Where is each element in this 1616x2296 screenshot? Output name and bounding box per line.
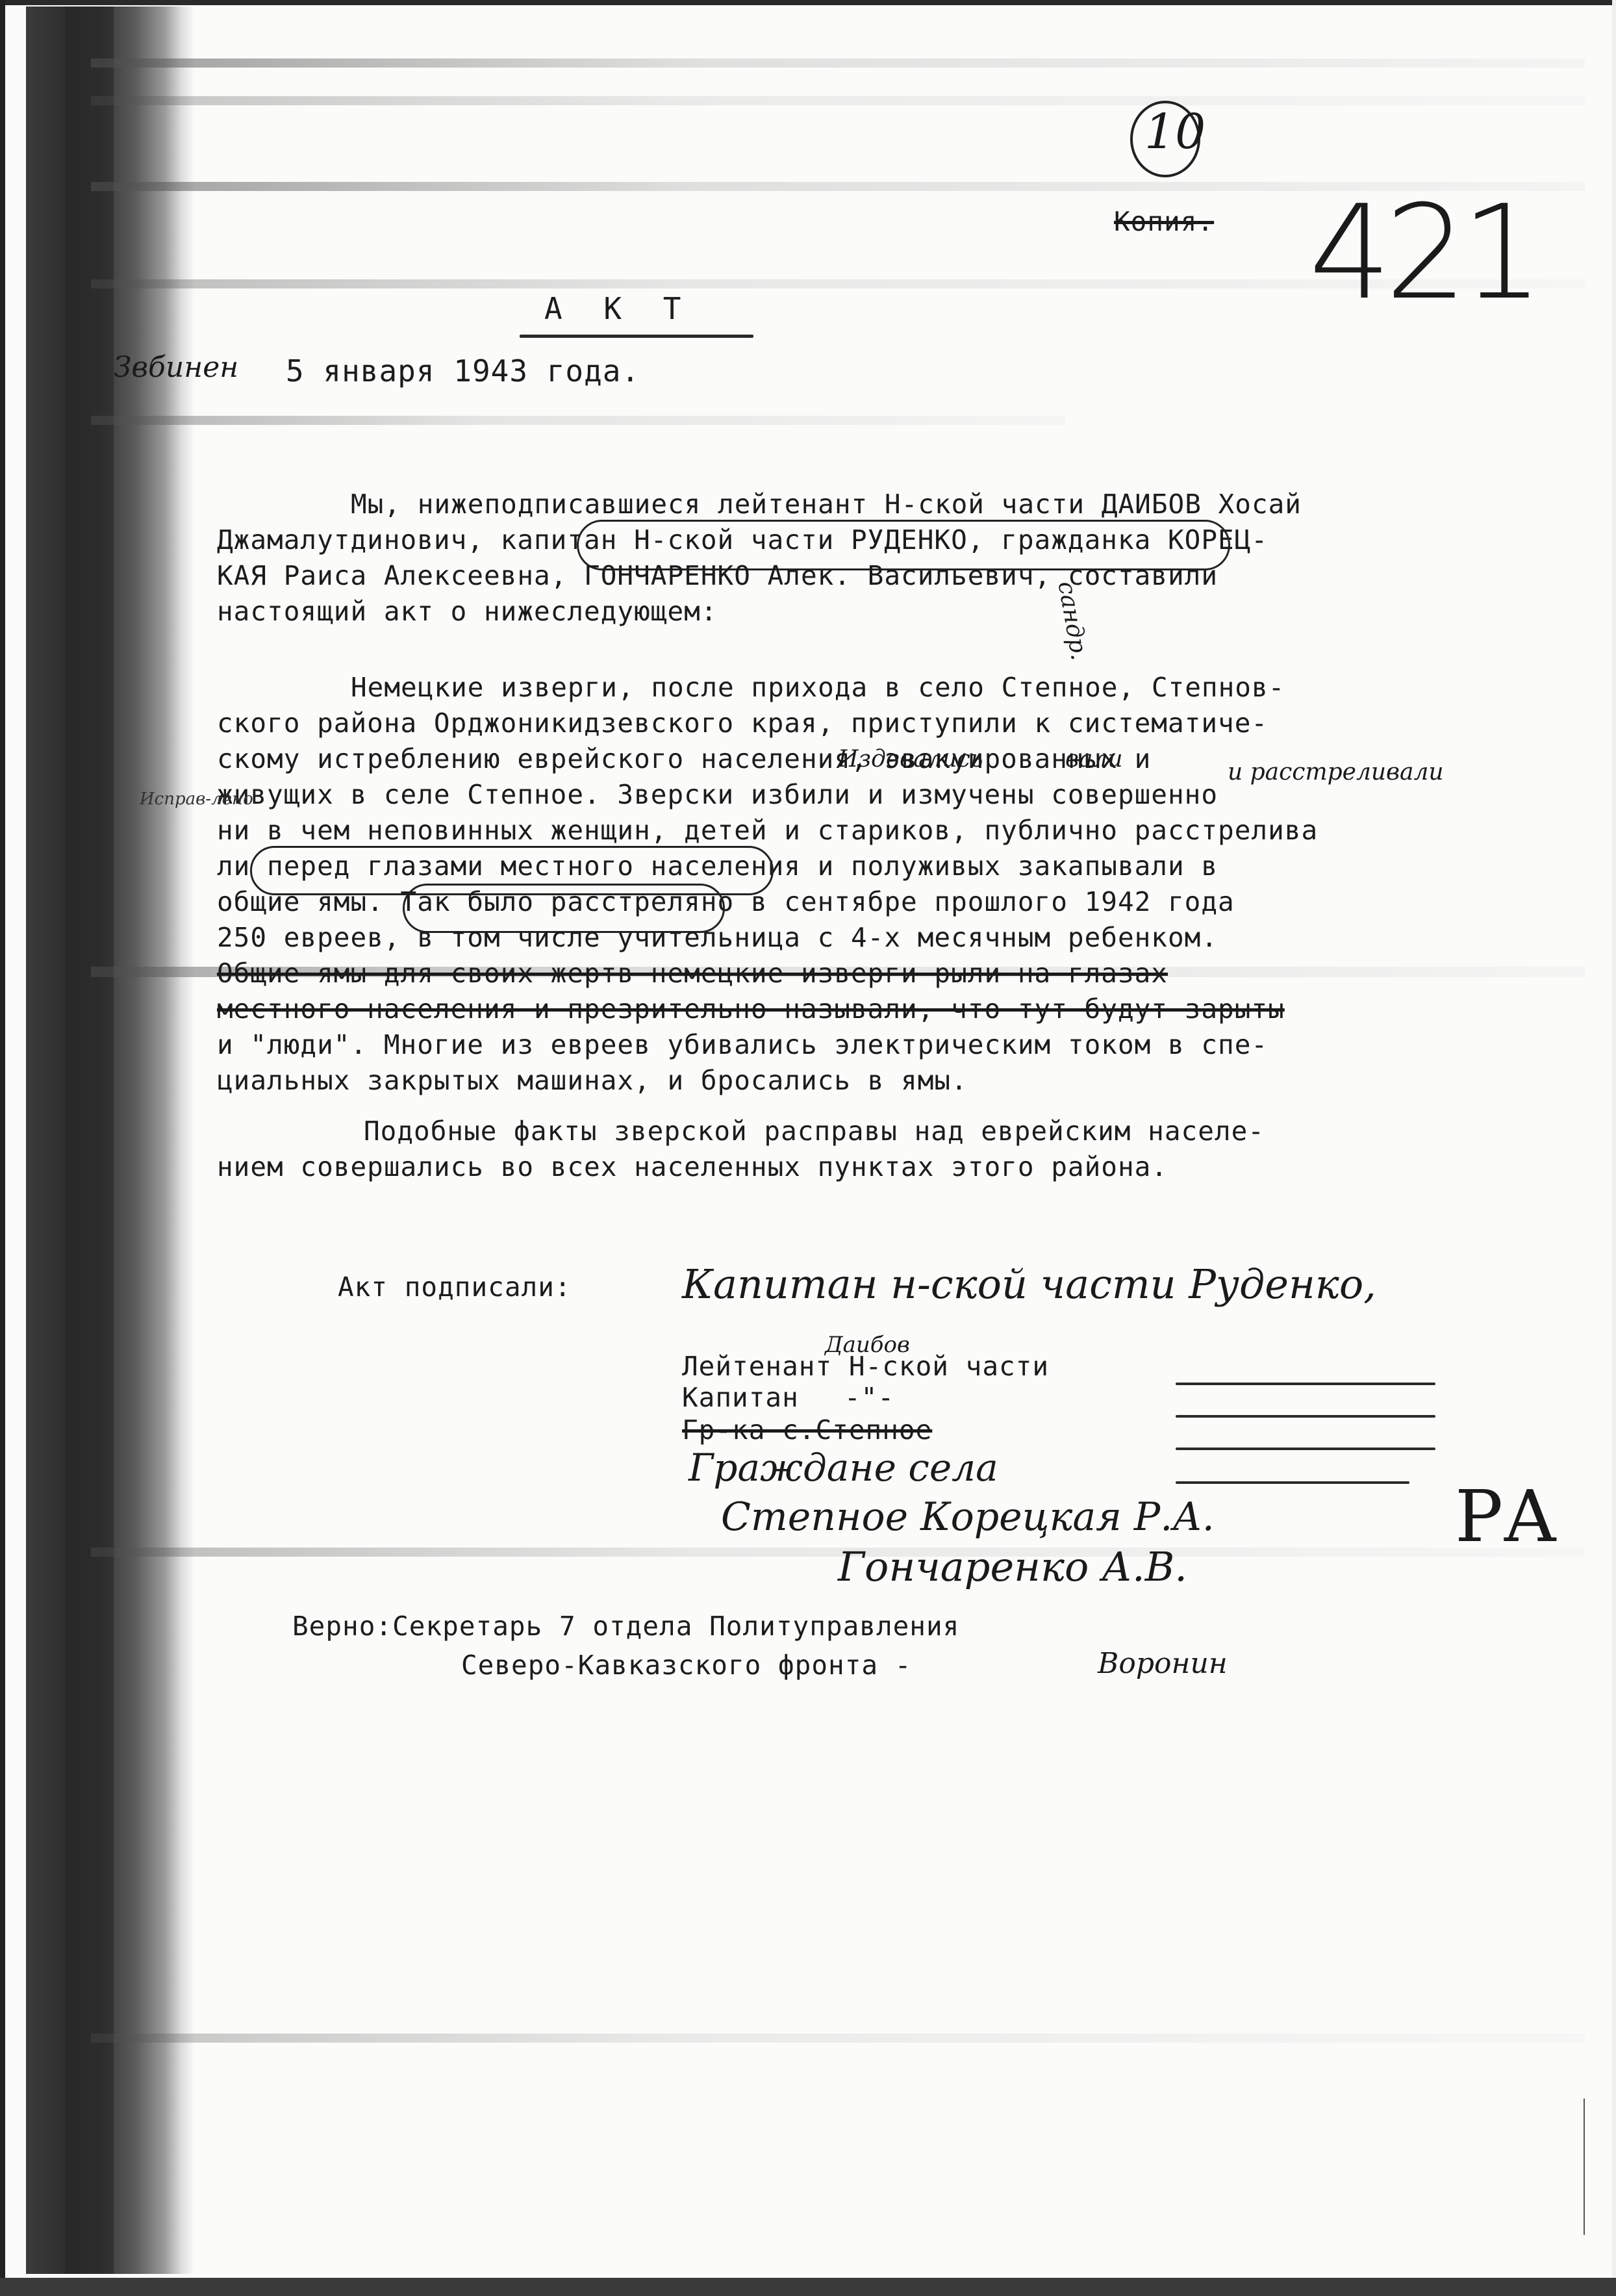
scan-border-bottom [0,2278,1616,2296]
certification-line-1: Верно:Секретарь 7 отдела Политуправления [292,1611,959,1641]
scanned-page: 10 Копия. 421 А К Т Звбинен 5 января 194… [0,0,1616,2296]
body-line-12: циальных закрытых машинах, и бросались в… [217,1065,968,1095]
handwritten-insert-1: Издевались [838,746,983,772]
signature-line [1176,1448,1435,1450]
handwritten-goncharenko-line: Гончаренко А.В. [838,1543,1187,1590]
margin-note-date: Звбинен [114,351,238,384]
handwritten-insert: сандр. [1052,580,1092,663]
copy-label: Копия. [1114,207,1214,236]
signature-line [1176,1481,1409,1484]
body-line-4: живущих в селе Степное. Зверски избили и… [217,780,1218,810]
binding-shadow-core [65,6,114,2274]
certification-signature: Воронин [1098,1647,1228,1680]
scan-border-left [0,0,5,2296]
scan-border-right [1612,0,1616,2296]
document-title: А К Т [544,294,692,324]
signature-row-captain: Капитан [682,1383,799,1412]
signature-line [1176,1383,1435,1385]
body-line-9: Общие ямы для своих жертв немецкие извер… [217,958,1168,988]
handwritten-citizens-line: Граждане села [688,1446,998,1490]
body-line-1: Немецкие изверги, после прихода в село С… [351,672,1285,702]
archive-number: 421 [1309,188,1537,318]
scan-streak [91,2034,1585,2043]
signatures-label: Акт подписали: [338,1272,572,1302]
certification-line-2: Северо-Кавказского фронта - [461,1650,911,1680]
margin-note-corrected: Исправ-лено [140,789,253,809]
body2-line-2: нием совершались во всех населенных пунк… [217,1152,1168,1182]
intro-line-1: Мы, нижеподписавшиеся лейтенант Н-ской ч… [351,489,1302,519]
body-line-10: местного населения и презрительно называ… [217,994,1285,1024]
body-line-7: общие ямы. Так было расстреляно в сентяб… [217,887,1235,917]
body-line-3: скому истреблению еврейского населения, … [217,744,1151,774]
scan-streak [91,416,1065,425]
page-number: 10 [1144,104,1206,160]
body-line-5: ни в чем неповинных женщин, детей и стар… [217,815,1318,845]
signature-row-lieutenant: Лейтенант Н-ской части [682,1351,1049,1381]
handwritten-signature-header: Капитан н-ской части Руденко, [682,1260,1376,1308]
handwritten-initials: РА [1455,1475,1557,1558]
handwritten-insert-3: и расстреливали [1228,759,1444,785]
document-date: 5 января 1943 года. [286,356,640,386]
body2-line-1: Подобные факты зверской расправы над евр… [364,1116,1265,1146]
intro-line-4: настоящий акт о нижеследующем: [217,596,718,626]
body-line-2: ского района Орджоникидзевского края, пр… [217,708,1268,738]
body-line-11: и "люди". Многие из евреев убивались эле… [217,1030,1268,1060]
body-line-8: 250 евреев, в том числе учительница с 4-… [217,923,1218,952]
scan-streak [91,58,1585,68]
scan-streak [91,96,1585,105]
signature-line [1176,1415,1435,1418]
handwritten-insert-2: вали [1065,746,1123,772]
ditto-mark: -"- [844,1383,894,1412]
scan-border-top [0,0,1616,5]
scan-edge-line [1584,2098,1585,2235]
handwritten-koretskaya-line: Степное Корецкая Р.А. [721,1494,1215,1540]
title-underline [520,335,753,338]
signature-row-citizen: Гр-ка с.Степное [682,1415,932,1445]
